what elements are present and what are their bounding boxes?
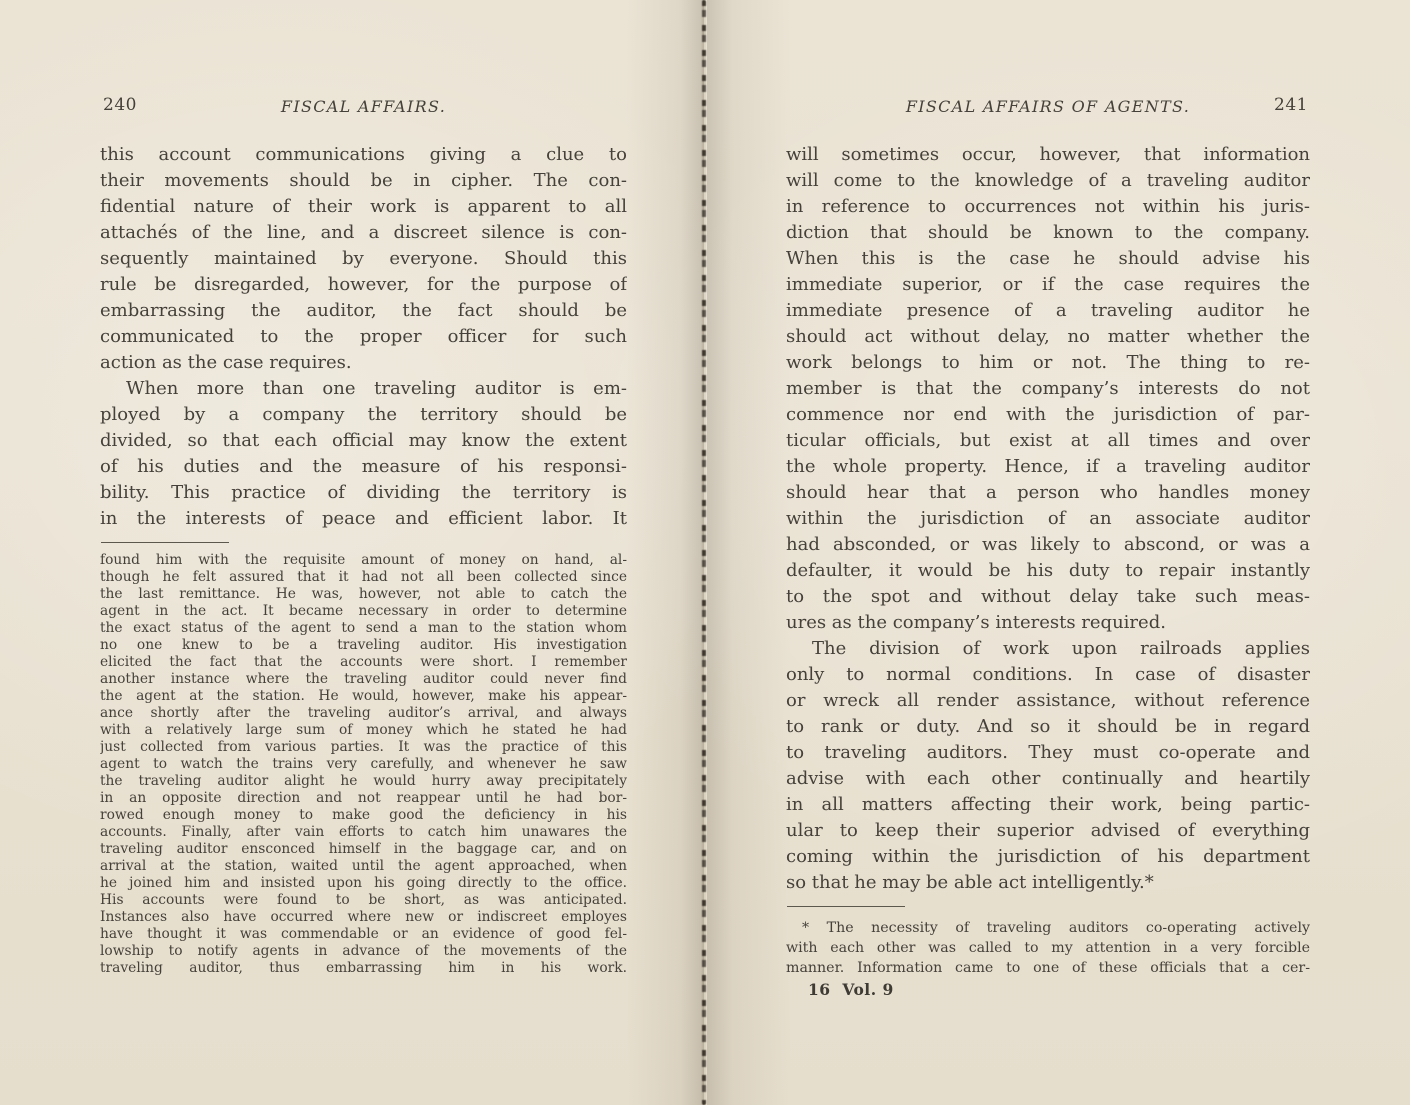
text-line: should hear that a person who handles mo…: [786, 480, 1310, 506]
paragraph: * The necessity of traveling auditors co…: [786, 918, 1310, 978]
text-line: this account communications giving a clu…: [100, 142, 627, 168]
text-line: member is that the company’s interests d…: [786, 376, 1310, 402]
book-spine-gutter: [702, 0, 706, 1105]
text-line: ures as the company’s interests required…: [786, 610, 1310, 636]
paragraph: When more than one traveling auditor is …: [100, 376, 627, 532]
left-page-gutter-shadow: [626, 0, 704, 1105]
text-line: another instance where the traveling aud…: [100, 671, 627, 688]
text-line: immediate presence of a traveling audito…: [786, 298, 1310, 324]
text-line: in the interests of peace and efficient …: [100, 506, 627, 532]
text-line: with a relatively large sum of money whi…: [100, 722, 627, 739]
text-line: have thought it was commendable or an ev…: [100, 926, 627, 943]
text-line: When this is the case he should advise h…: [786, 246, 1310, 272]
text-line: traveling auditor ensconced himself in t…: [100, 841, 627, 858]
text-line: communicated to the proper officer for s…: [100, 324, 627, 350]
text-line: their movements should be in cipher. The…: [100, 168, 627, 194]
paragraph: will sometimes occur, however, that info…: [786, 142, 1310, 636]
text-line: or wreck all render assistance, without …: [786, 688, 1310, 714]
right-page-number: 241: [1274, 95, 1308, 115]
right-page-header: FISCAL AFFAIRS OF AGENTS. 241: [786, 95, 1310, 119]
text-line: * The necessity of traveling auditors co…: [786, 918, 1310, 938]
text-line: the traveling auditor alight he would hu…: [100, 773, 627, 790]
paragraph: The division of work upon railroads appl…: [786, 636, 1310, 896]
text-line: the whole property. Hence, if a travelin…: [786, 454, 1310, 480]
text-line: action as the case requires.: [100, 350, 627, 376]
text-line: elicited the fact that the accounts were…: [100, 654, 627, 671]
left-page-header: 240 FISCAL AFFAIRS.: [100, 95, 627, 119]
right-page: FISCAL AFFAIRS OF AGENTS. 241 will somet…: [786, 95, 1310, 999]
text-line: in all matters affecting their work, bei…: [786, 792, 1310, 818]
text-line: manner. Information came to one of these…: [786, 958, 1310, 978]
left-page: 240 FISCAL AFFAIRS. this account communi…: [100, 95, 627, 977]
left-footnote: found him with the requisite amount of m…: [100, 552, 627, 977]
text-line: fidential nature of their work is appare…: [100, 194, 627, 220]
text-line: arrival at the station, waited until the…: [100, 858, 627, 875]
text-line: agent in the act. It became necessary in…: [100, 603, 627, 620]
text-line: lowship to notify agents in advance of t…: [100, 943, 627, 960]
right-footnote-rule: [787, 906, 905, 907]
text-line: ployed by a company the territory should…: [100, 402, 627, 428]
text-line: ular to keep their superior advised of e…: [786, 818, 1310, 844]
text-line: within the jurisdiction of an associate …: [786, 506, 1310, 532]
text-line: divided, so that each official may know …: [100, 428, 627, 454]
text-line: Instances also have occurred where new o…: [100, 909, 627, 926]
text-line: commence nor end with the jurisdiction o…: [786, 402, 1310, 428]
text-line: only to normal conditions. In case of di…: [786, 662, 1310, 688]
text-line: in reference to occurrences not within h…: [786, 194, 1310, 220]
text-line: should act without delay, no matter whet…: [786, 324, 1310, 350]
text-line: the agent at the station. He would, howe…: [100, 688, 627, 705]
text-line: found him with the requisite amount of m…: [100, 552, 627, 569]
text-line: he joined him and insisted upon his goin…: [100, 875, 627, 892]
text-line: though he felt assured that it had not a…: [100, 569, 627, 586]
text-line: defaulter, it would be his duty to repai…: [786, 558, 1310, 584]
text-line: to traveling auditors. They must co-oper…: [786, 740, 1310, 766]
text-line: with each other was called to my attenti…: [786, 938, 1310, 958]
text-line: bility. This practice of dividing the te…: [100, 480, 627, 506]
text-line: The division of work upon railroads appl…: [786, 636, 1310, 662]
text-line: diction that should be known to the comp…: [786, 220, 1310, 246]
text-line: traveling auditor, thus embarrassing him…: [100, 960, 627, 977]
text-line: will come to the knowledge of a travelin…: [786, 168, 1310, 194]
text-line: agent to watch the trains very carefully…: [100, 756, 627, 773]
text-line: work belongs to him or not. The thing to…: [786, 350, 1310, 376]
text-line: had absconded, or was likely to abscond,…: [786, 532, 1310, 558]
left-footnote-rule: [101, 542, 229, 543]
text-line: the exact status of the agent to send a …: [100, 620, 627, 637]
text-line: to the spot and without delay take such …: [786, 584, 1310, 610]
text-line: embarrassing the auditor, the fact shoul…: [100, 298, 627, 324]
left-page-number: 240: [103, 95, 137, 115]
left-body-text: this account communications giving a clu…: [100, 142, 627, 532]
text-line: accounts. Finally, after vain efforts to…: [100, 824, 627, 841]
text-line: of his duties and the measure of his res…: [100, 454, 627, 480]
right-page-gutter-shadow: [707, 0, 791, 1105]
text-line: advise with each other continually and h…: [786, 766, 1310, 792]
text-line: no one knew to be a traveling auditor. H…: [100, 637, 627, 654]
right-running-head: FISCAL AFFAIRS OF AGENTS.: [786, 95, 1310, 116]
text-line: sequently maintained by everyone. Should…: [100, 246, 627, 272]
text-line: rule be disregarded, however, for the pu…: [100, 272, 627, 298]
text-line: just collected from various parties. It …: [100, 739, 627, 756]
text-line: the last remittance. He was, however, no…: [100, 586, 627, 603]
text-line: coming within the jurisdiction of his de…: [786, 844, 1310, 870]
text-line: rowed enough money to make good the defi…: [100, 807, 627, 824]
paragraph: found him with the requisite amount of m…: [100, 552, 627, 977]
text-line: ance shortly after the traveling auditor…: [100, 705, 627, 722]
text-line: His accounts were found to be short, as …: [100, 892, 627, 909]
text-line: will sometimes occur, however, that info…: [786, 142, 1310, 168]
text-line: immediate superior, or if the case requi…: [786, 272, 1310, 298]
text-line: in an opposite direction and not reappea…: [100, 790, 627, 807]
text-line: to rank or duty. And so it should be in …: [786, 714, 1310, 740]
book-scan-photo: { "left_page": { "page_number": "240", "…: [0, 0, 1410, 1105]
text-line: ticular officials, but exist at all time…: [786, 428, 1310, 454]
text-line: so that he may be able act intelligently…: [786, 870, 1310, 896]
text-line: attachés of the line, and a discreet sil…: [100, 220, 627, 246]
right-body-text: will sometimes occur, however, that info…: [786, 142, 1310, 896]
right-footnote: * The necessity of traveling auditors co…: [786, 918, 1310, 978]
left-running-head: FISCAL AFFAIRS.: [100, 95, 627, 116]
paragraph: this account communications giving a clu…: [100, 142, 627, 376]
text-line: When more than one traveling auditor is …: [100, 376, 627, 402]
printers-signature-mark: 16 Vol. 9: [786, 980, 1310, 999]
